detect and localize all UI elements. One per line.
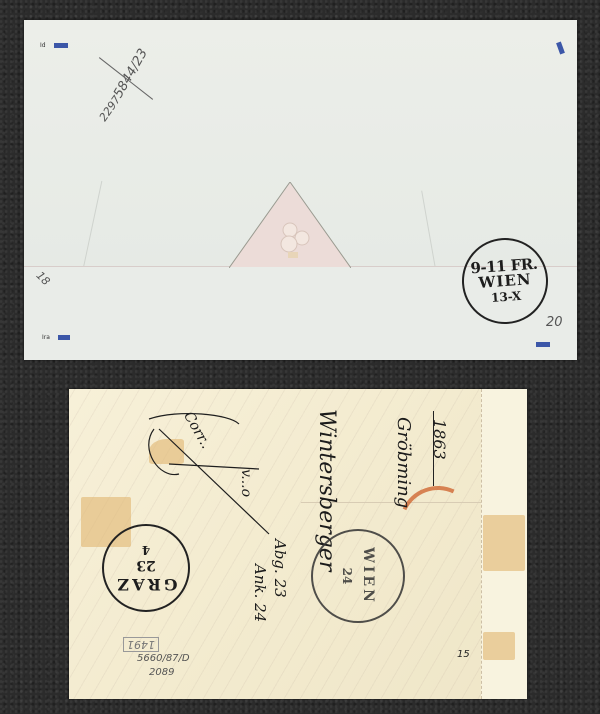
graz-postmark: GRAZ 23 4 bbox=[102, 524, 190, 612]
manuscript-ankunft: Ank. 24 bbox=[251, 564, 269, 622]
postmark-date: 13-X bbox=[491, 290, 522, 304]
postmark-town: GRAZ bbox=[114, 576, 177, 592]
embossed-seal-icon bbox=[276, 220, 316, 260]
manuscript-abgang: Abg. 23 bbox=[271, 539, 289, 598]
tab-label-top-left: Id bbox=[40, 42, 46, 49]
postmark-day: 24 bbox=[341, 568, 353, 585]
postmark-month: 4 bbox=[142, 544, 150, 556]
pencil-boxed-number: 1491 bbox=[123, 637, 159, 652]
flap-fold-line-left bbox=[83, 181, 103, 269]
mount-tab-bottom-right bbox=[536, 342, 550, 347]
manuscript-divider bbox=[433, 411, 434, 486]
mount-tab-bottom-left bbox=[58, 335, 70, 340]
pencil-number-note: 2089 bbox=[149, 667, 174, 678]
pencil-corner-number: 15 bbox=[457, 649, 470, 660]
postmark-town: WIEN bbox=[478, 272, 532, 291]
manuscript-line-gröbming: Gröbming bbox=[393, 417, 414, 508]
bottom-letter-cover: 1863 Gröbming Wintersberger Corr.. v...o… bbox=[69, 389, 527, 699]
pencil-number-note: 2297 bbox=[97, 93, 124, 123]
mount-tab-top-right bbox=[556, 42, 565, 55]
manuscript-flourish bbox=[139, 409, 279, 539]
mount-tab-top-left bbox=[54, 43, 68, 48]
hinge-remnant bbox=[483, 632, 515, 660]
top-envelope-cover: Id Ira 5844/23 2297 18 20 9-11 FR. WIEN … bbox=[24, 20, 577, 360]
tab-label-bottom-left: Ira bbox=[42, 334, 50, 341]
postmark-town: WIEN bbox=[361, 547, 375, 605]
postmark-day: 23 bbox=[136, 558, 155, 572]
wien-arrival-postmark: WIEN 24 bbox=[311, 529, 405, 623]
hinge-remnant bbox=[483, 515, 525, 571]
pencil-reference-note: 5660/87/D bbox=[137, 653, 190, 664]
pencil-corner-number: 20 bbox=[546, 315, 563, 330]
